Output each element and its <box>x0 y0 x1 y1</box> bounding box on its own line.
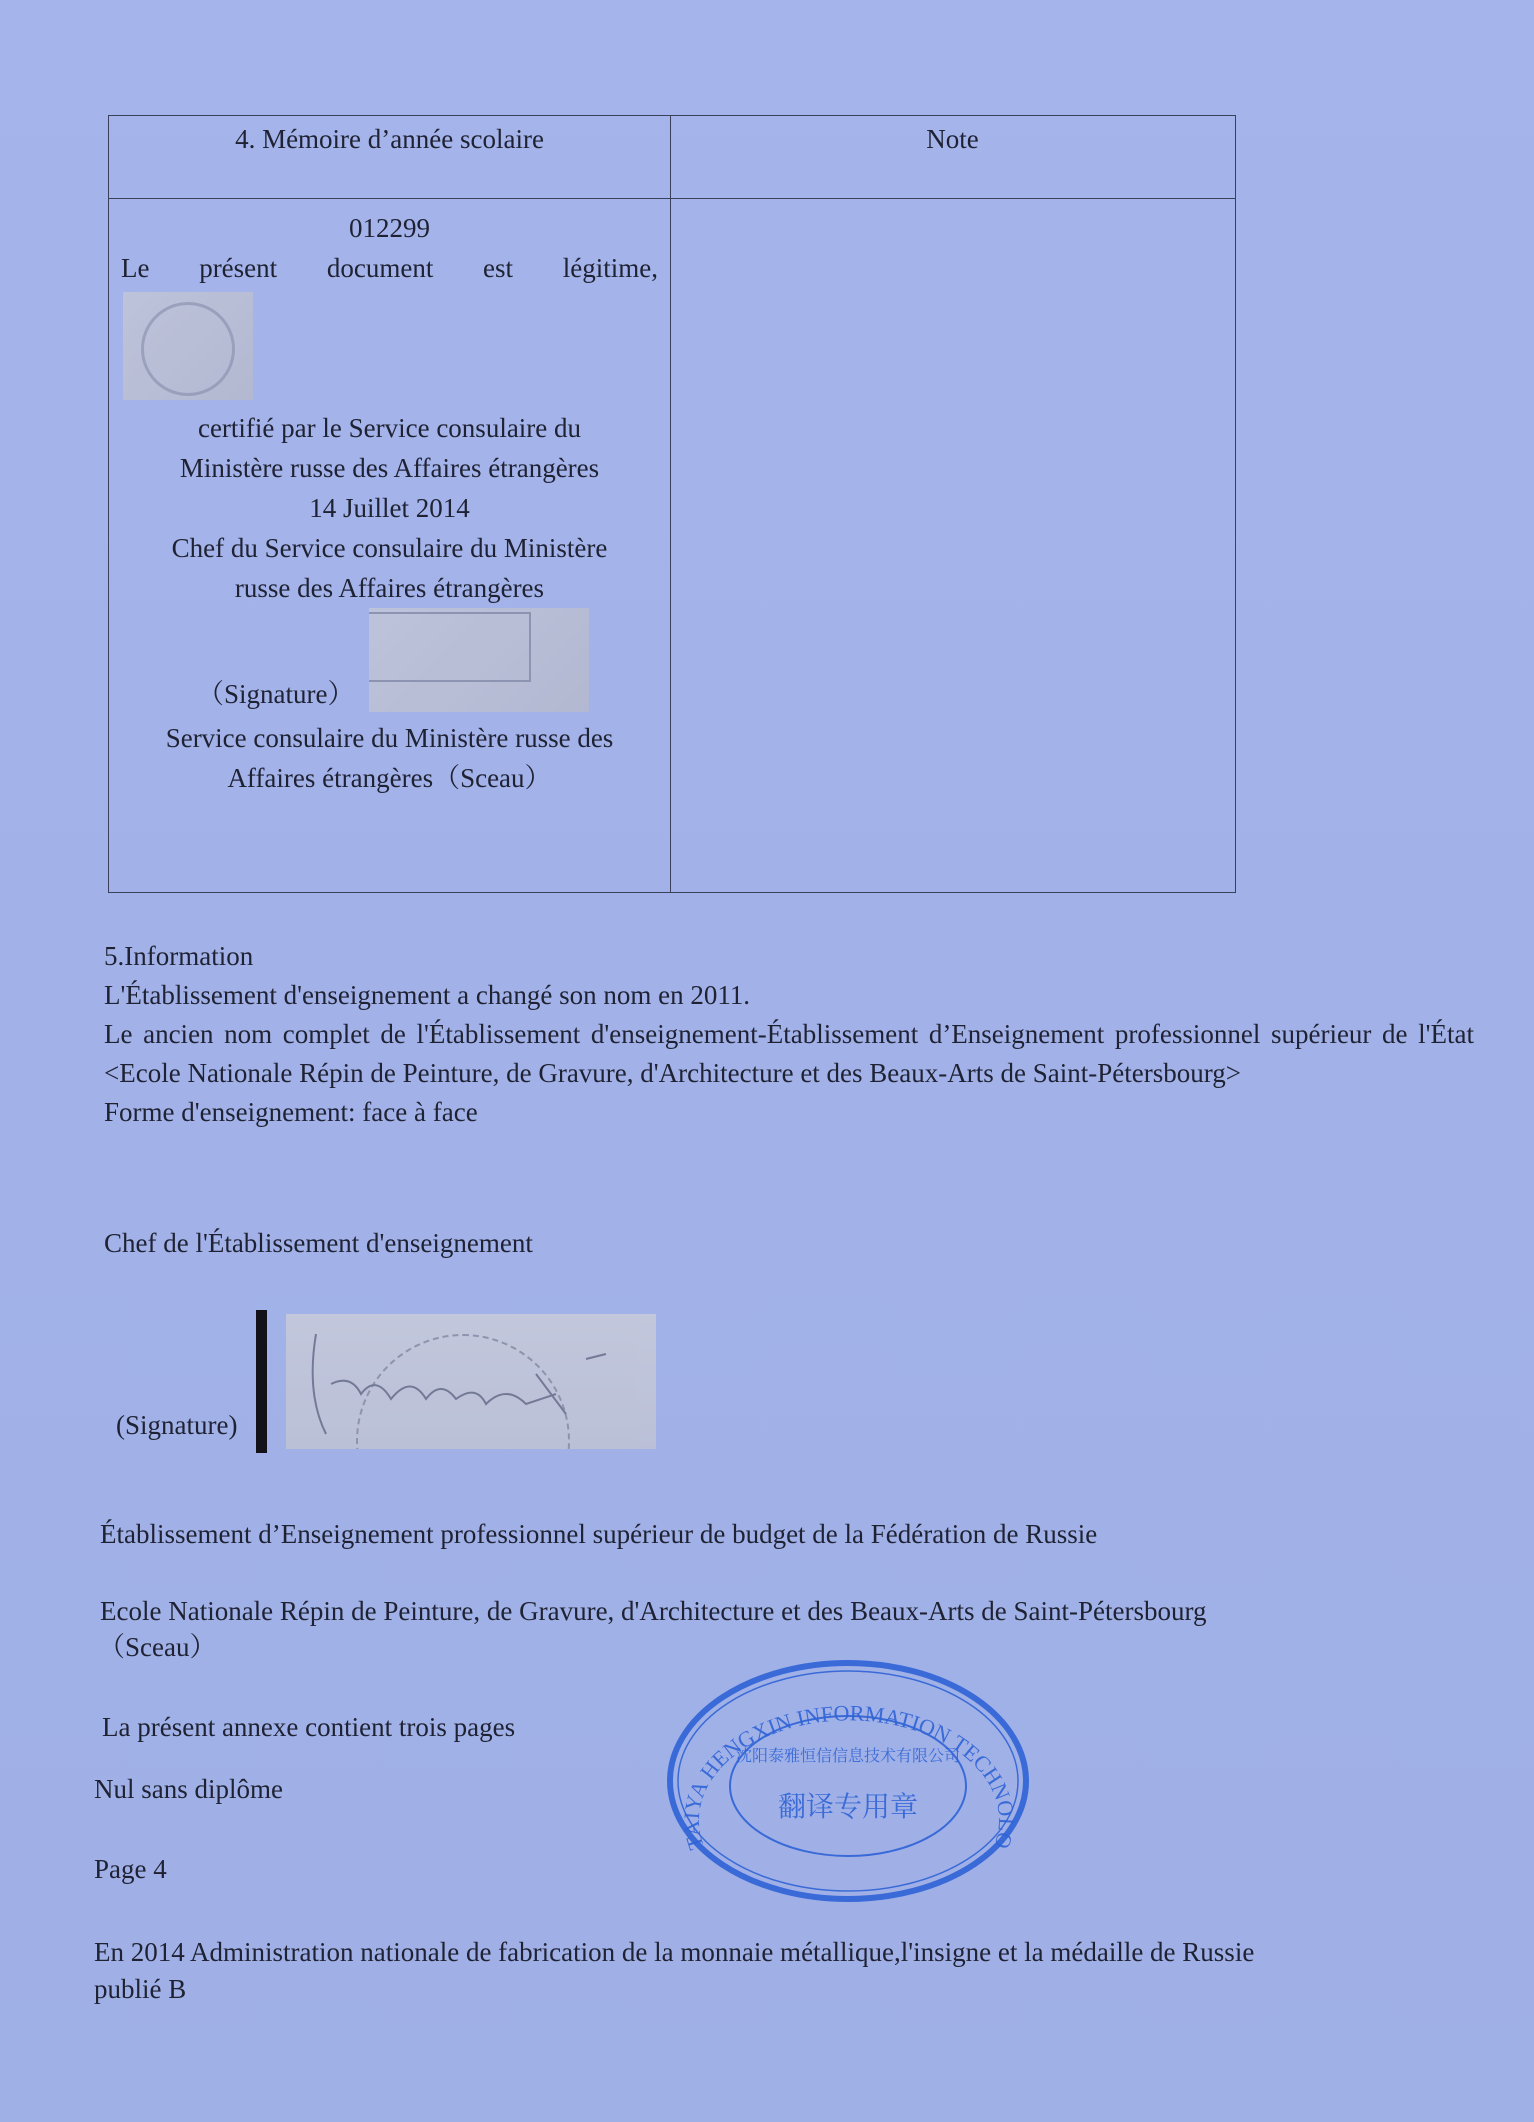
certified-line-1: certifié par le Service consulaire du <box>109 408 670 448</box>
consular-stamp-image <box>123 292 253 400</box>
study-form-line: Forme d'enseignement: face à face <box>104 1093 1474 1132</box>
former-name-paragraph: Le ancien nom complet de l'Établissement… <box>104 1015 1474 1093</box>
header-divider <box>109 198 1235 199</box>
publisher-line-2: publié B <box>94 1970 186 2009</box>
institution-line-2: Ecole Nationale Répin de Peinture, de Gr… <box>100 1592 1400 1631</box>
legitimacy-line: Le présent document est légitime, <box>109 248 670 288</box>
rectangular-stamp-icon <box>369 612 531 682</box>
document-page: 4. Mémoire d’année scolaire Note 012299 … <box>0 0 1534 2122</box>
publisher-line: En 2014 Administration nationale de fabr… <box>94 1933 1254 1972</box>
name-change-line: L'Établissement d'enseignement a changé … <box>104 976 1474 1015</box>
seal-center-text: 翻译专用章 <box>778 1790 918 1823</box>
certified-line-4: Chef du Service consulaire du Ministère <box>109 528 670 568</box>
round-stamp-icon <box>141 302 235 396</box>
seal-line-1: Service consulaire du Ministère russe de… <box>109 718 670 758</box>
certified-date: 14 Juillet 2014 <box>109 488 670 528</box>
institution-seal-label: （Sceau） <box>98 1628 216 1667</box>
signature-scribble-icon <box>286 1314 656 1449</box>
header-school-year-memo: 4. Mémoire d’année scolaire <box>109 124 670 155</box>
head-signature-image <box>286 1314 656 1449</box>
certified-line-2: Ministère russe des Affaires étrangères <box>109 448 670 488</box>
translation-company-seal: SHENYANG TAIYA HENGXIN INFORMATION TECHN… <box>664 1656 1032 1906</box>
void-line: Nul sans diplôme <box>94 1770 283 1809</box>
seal-inner-text: 沈阳泰雅恒信信息技术有限公司 <box>736 1746 960 1765</box>
head-signature-label: (Signature) <box>116 1410 237 1441</box>
page-number: Page 4 <box>94 1850 167 1889</box>
header-note: Note <box>670 124 1235 155</box>
school-year-table: 4. Mémoire d’année scolaire Note 012299 … <box>108 115 1236 893</box>
legalization-cell: 012299 Le présent document est légitime,… <box>109 208 670 798</box>
head-title: Chef de l'Établissement d'enseignement <box>104 1224 533 1263</box>
consular-signature-row: （Signature） <box>109 608 670 718</box>
redaction-bar <box>256 1310 267 1453</box>
document-number: 012299 <box>109 208 670 248</box>
consular-signature-stamp-image <box>369 608 589 712</box>
column-divider <box>670 116 671 892</box>
signature-label: （Signature） <box>197 674 354 714</box>
seal-line-2: Affaires étrangères（Sceau） <box>109 758 670 798</box>
information-section: 5.Information L'Établissement d'enseigne… <box>104 937 1474 1132</box>
section-title: 5.Information <box>104 937 1474 976</box>
annex-pages-line: La présent annexe contient trois pages <box>102 1708 515 1747</box>
institution-line-1: Établissement d’Enseignement professionn… <box>100 1515 1097 1554</box>
head-signature-block: (Signature) <box>116 1310 676 1450</box>
certified-line-5: russe des Affaires étrangères <box>109 568 670 608</box>
